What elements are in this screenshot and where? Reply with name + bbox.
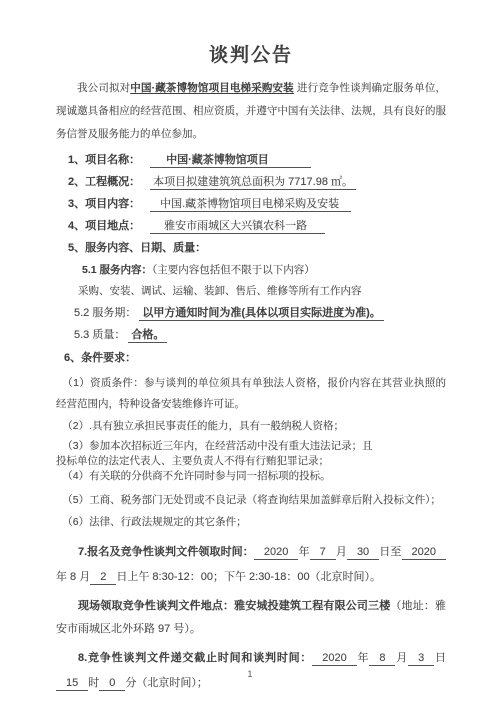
intro-project-highlight: 中国·藏茶博物馆项目电梯采购安装 <box>130 82 294 94</box>
filled-blank: 30 <box>347 546 379 560</box>
section6-heading: 6、条件要求： <box>64 351 446 366</box>
section7-label: 7.报名及竞争性谈判文件领取时间： <box>78 546 254 558</box>
condition-5: （5）工商、税务部门无处罚或不良记录（将查询结果加盖鲜章后附入投标文件）； <box>56 490 446 511</box>
field-project-location: 4、项目地点：雅安市雨城区大兴镇农科一路 <box>68 219 446 234</box>
filled-blank: 8 <box>369 652 395 666</box>
section5-2-label: 5.2 服务期： <box>74 307 136 319</box>
field-value: 中国.藏茶博物馆项目电梯采购及安装 <box>150 198 351 212</box>
field-label: 1、项目名称： <box>68 154 140 166</box>
text-segment: 年 <box>298 546 309 558</box>
text-segment: 年 <box>357 652 370 664</box>
section5-1-note: （主要内容包括但不限于以下内容） <box>152 264 315 276</box>
filled-blank: 0 <box>99 677 125 691</box>
section5-1-label: 5.1 服务内容： <box>82 264 152 276</box>
project-fields: 1、项目名称：中国·藏茶博物馆项目 2、工程概况：本项目拟建建筑筑总面积为 77… <box>56 153 446 234</box>
intro-paragraph: 我公司拟对中国·藏茶博物馆项目电梯采购安装 进行竞争性谈判确定服务单位，现诚邀具… <box>56 77 446 146</box>
intro-prefix: 我公司拟对 <box>77 82 130 94</box>
condition-4: （4）有关联的分供商不允许同时参与同一招标项的投标。 <box>56 469 446 484</box>
filled-blank: 2020 <box>254 546 298 560</box>
field-value: 中国·藏茶博物馆项目 <box>150 154 311 168</box>
section5-3-value: 合格。 <box>128 329 167 343</box>
filled-blank: 2 <box>90 571 116 585</box>
section5-1-body: 采购、安装、调试、运输、装卸、售后、维修等所有工作内容 <box>78 284 446 298</box>
condition-1: （1）资质条件：参与谈判的单位须具有单独法人资格，报价内容在其营业执照的经营范围… <box>56 373 446 415</box>
section5-heading: 5、服务内容、日期、质量： <box>68 241 446 256</box>
text-segment: 月 <box>336 546 347 558</box>
scanned-document-page: 谈判公告 我公司拟对中国·藏茶博物馆项目电梯采购安装 进行竞争性谈判确定服务单位… <box>0 0 500 707</box>
pickup-location-bold: 现场领取竞争性谈判文件地点：雅安城投建筑工程有限公司三楼 <box>78 600 390 612</box>
filled-blank: 7 <box>310 546 336 560</box>
field-project-content: 3、项目内容：中国.藏茶博物馆项目电梯采购及安装 <box>68 197 446 212</box>
field-label: 4、项目地点： <box>68 220 140 232</box>
filled-blank: 15 <box>56 677 88 691</box>
section5-1-service-content: 5.1 服务内容：（主要内容包括但不限于以下内容） <box>82 263 446 277</box>
filled-blank: 2020 <box>312 652 356 666</box>
condition-3: （3）参加本次招标近三年内，在经营活动中没有重大违法记录；且 投标单位的法定代表… <box>56 439 446 469</box>
condition-6: （6）法律、行政法规规定的其它条件； <box>56 512 446 533</box>
text-segment: 日上午 8:30-12：00；下午 2:30-18：00（北京时间）。 <box>116 571 381 583</box>
filled-blank: 3 <box>408 652 434 666</box>
section5-3-label: 5.3 质量： <box>74 329 125 341</box>
section8-label: 8.竞争性谈判文件递交截止时间和谈判时间： <box>78 652 312 664</box>
field-project-name: 1、项目名称：中国·藏茶博物馆项目 <box>68 153 446 168</box>
page-number: 1 <box>0 669 500 679</box>
filled-blank: 2020 <box>402 546 446 560</box>
section5-3-quality: 5.3 质量： 合格。 <box>74 328 446 342</box>
field-value: 本项目拟建建筑筑总面积为 7717.98 ㎡。 <box>150 176 356 190</box>
field-project-overview: 2、工程概况：本项目拟建建筑筑总面积为 7717.98 ㎡。 <box>68 175 446 190</box>
field-label: 3、项目内容： <box>68 198 140 210</box>
section7-document-pickup-time: 7.报名及竞争性谈判文件领取时间：2020年7月30日至2020年 8 月2日上… <box>56 540 446 590</box>
section5-2-value: 以甲方通知时间为准(具体以项目实际进度为准)。 <box>139 307 383 321</box>
text-segment: 年 8 月 <box>56 571 90 583</box>
section5-2-service-period: 5.2 服务期： 以甲方通知时间为准(具体以项目实际进度为准)。 <box>74 306 446 320</box>
text-segment: 日 <box>434 652 446 664</box>
condition-2: （2）.具有独立承担民事责任的能力，具有一般纳税人资格； <box>56 416 446 437</box>
field-label: 2、工程概况： <box>68 176 140 188</box>
pickup-location-paragraph: 现场领取竞争性谈判文件地点：雅安城投建筑工程有限公司三楼（地址：雅安市雨城区北外… <box>56 595 446 641</box>
page-title: 谈判公告 <box>56 40 446 67</box>
text-segment: 月 <box>395 652 408 664</box>
text-segment: 日至 <box>379 546 401 558</box>
field-value: 雅安市雨城区大兴镇农科一路 <box>150 220 325 234</box>
